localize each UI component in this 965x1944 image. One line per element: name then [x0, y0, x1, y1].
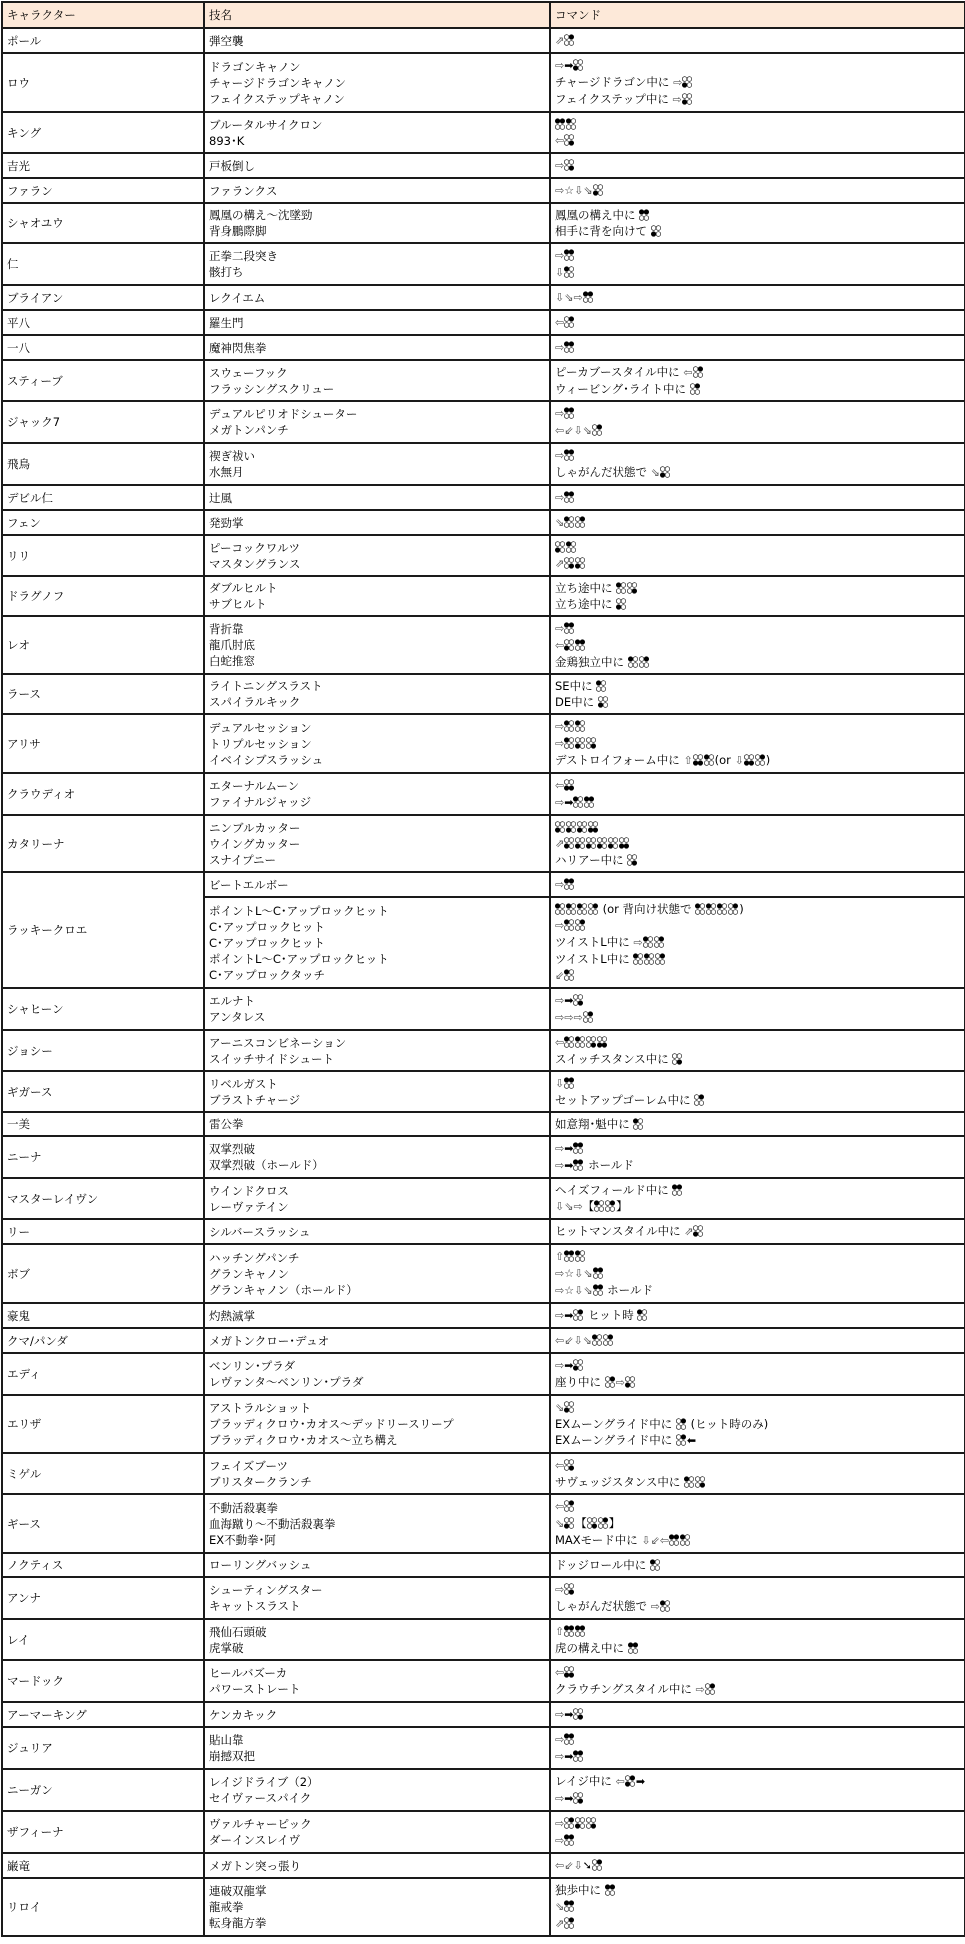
move-name: キャットスラスト — [209, 1598, 545, 1614]
button-icon — [651, 225, 661, 237]
direction-arrow-icon: ⇩ — [735, 754, 744, 767]
direction-arrow-icon: ⇩ — [555, 291, 564, 304]
button-icon — [564, 1583, 574, 1595]
move-cell: 魔神閃焦拳 — [204, 335, 550, 360]
direction-arrow-icon: ⇨ — [573, 1200, 582, 1213]
table-row: ドラグノフダブルヒルトサブヒルト立ち途中に 立ち途中に — [2, 576, 965, 616]
button-icon — [564, 557, 574, 569]
command-cell: ⇨➡⇨⇨⇨ — [550, 988, 965, 1030]
move-name: ケンカキック — [209, 1707, 545, 1723]
table-row: ジュリア貼山靠崩撼双把⇨⇨➡ — [2, 1727, 965, 1769]
button-icon — [605, 1200, 615, 1212]
table-row: フェン発勁掌⇘ — [2, 510, 965, 535]
command-line: ⇦ — [555, 132, 960, 149]
command-cell: 鳳凰の構え中に 相手に背を向けて — [550, 203, 965, 243]
command-line: ⇨ — [555, 247, 960, 264]
command-line: セットアップゴーレム中に — [555, 1092, 960, 1108]
button-icon — [573, 994, 583, 1006]
button-icon — [588, 903, 598, 915]
button-icon — [597, 837, 607, 849]
character-name: ニーガン — [2, 1769, 204, 1811]
command-cell: ⇨しゃがんだ状態で ⇘ — [550, 443, 965, 485]
header-move-name: 技名 — [204, 2, 550, 28]
direction-arrow-icon: ⇨ — [555, 720, 564, 733]
direction-arrow-icon: ⇦ — [555, 1859, 564, 1872]
move-name: アンタレス — [209, 1009, 545, 1025]
direction-arrow-icon: ⇨ — [555, 449, 564, 462]
button-icon — [564, 969, 574, 981]
move-name: ライトニングスラスト — [209, 678, 545, 694]
command-line: 座り中に ⇨ — [555, 1374, 960, 1391]
command-line: 独歩中に — [555, 1882, 960, 1898]
move-cell: ピーコックワルツマスタングランス — [204, 535, 550, 576]
command-cell: ⇨➡座り中に ⇨ — [550, 1353, 965, 1395]
header-character: キャラクター — [2, 2, 204, 28]
move-cell: デュアルセッショントリプルセッションイベイシブスラッシュ — [204, 714, 550, 773]
direction-arrow-icon: ⇦ — [616, 1775, 625, 1788]
button-icon — [573, 1142, 583, 1154]
button-icon — [564, 737, 574, 749]
command-line: チャージドラゴン中に ⇨ — [555, 74, 960, 91]
dash-arrow-icon: ⬅ — [687, 1434, 696, 1447]
command-line: ヒットマンスタイル中に ⇗ — [555, 1223, 960, 1240]
command-line: ⇨ — [555, 1581, 960, 1598]
command-cell: ⇧虎の構え中に — [550, 1619, 965, 1660]
character-name: アンナ — [2, 1577, 204, 1619]
direction-arrow-icon: ⇙ — [555, 969, 564, 982]
move-name: 背身鵬際脚 — [209, 223, 545, 239]
button-icon — [575, 1250, 585, 1262]
command-line: ⇦ — [555, 777, 960, 794]
direction-arrow-icon: ⇨ — [555, 341, 564, 354]
direction-arrow-icon: ⇨ — [696, 1683, 705, 1696]
table-row: ノクティスローリングバッシュドッジロール中に — [2, 1553, 965, 1577]
command-line: ヘイズフィールド中に — [555, 1182, 960, 1198]
button-icon — [625, 1775, 635, 1787]
move-name: ファランクス — [209, 183, 545, 199]
move-name: 辻風 — [209, 490, 545, 506]
direction-arrow-icon: ⇗ — [555, 1917, 564, 1930]
command-line: ⇨⇨⇨ — [555, 1009, 960, 1026]
command-cell: ⇨⇨ — [550, 1811, 965, 1853]
button-icon — [564, 1666, 574, 1678]
button-icon — [564, 622, 574, 634]
command-line: ⇨ — [555, 489, 960, 506]
character-name: ジュリア — [2, 1727, 204, 1769]
character-name: マスターレイヴン — [2, 1178, 204, 1219]
move-cell: 背折靠龍爪肘底白蛇推窓 — [204, 616, 550, 674]
move-cell: ヒールバズーカパワーストレート — [204, 1660, 550, 1702]
command-cell: ⇦⇨➡ — [550, 773, 965, 815]
button-icon — [592, 1859, 602, 1871]
button-icon — [597, 1036, 607, 1048]
button-icon — [755, 754, 765, 766]
button-icon — [592, 1334, 602, 1346]
button-icon — [564, 341, 574, 353]
command-line: SE中に — [555, 678, 960, 694]
move-cell: ドラゴンキャノンチャージドラゴンキャノンフェイクステップキャノン — [204, 53, 550, 112]
button-icon — [575, 737, 585, 749]
button-icon — [660, 1600, 670, 1612]
command-line: 虎の構え中に — [555, 1640, 960, 1656]
move-cell: ポイントL〜C･アップロックヒットC･アップロックヒットC･アップロックヒットポ… — [204, 897, 550, 988]
move-cell: ビートエルボー — [204, 872, 550, 897]
command-cell: レイジ中に ⇦➡⇨➡ — [550, 1769, 965, 1811]
button-icon — [655, 953, 665, 965]
move-name: EX不動拳･阿 — [209, 1532, 545, 1548]
direction-arrow-icon: ⇩ — [573, 424, 582, 437]
table-row: ラッキークロエビートエルボー⇨ — [2, 872, 965, 897]
move-name: 雷公拳 — [209, 1116, 545, 1132]
button-icon — [672, 1184, 682, 1196]
move-name: 白蛇推窓 — [209, 653, 545, 669]
button-icon — [555, 821, 565, 833]
move-cell: メガトン突っ張り — [204, 1853, 550, 1878]
table-row: ボブハッチングパンチグランキャノングランキャノン（ホールド）⇧⇨☆⇩⇘⇨☆⇩⇘ … — [2, 1244, 965, 1303]
direction-arrow-icon: ⇨ — [555, 737, 564, 750]
command-cell: ⇦ — [550, 112, 965, 153]
button-icon — [575, 837, 585, 849]
direction-arrow-icon: ⇨ — [555, 796, 564, 809]
command-cell: (or 背向け状態で )⇨ツイストL中に ⇨ツイストL中に ⇙ — [550, 897, 965, 988]
move-cell: 雷公拳 — [204, 1112, 550, 1136]
command-line: ⇘ — [555, 1399, 960, 1416]
character-name: キング — [2, 112, 204, 153]
move-name: 893･K — [209, 133, 545, 149]
command-cell: ⇦⇙⇩➘ — [550, 1853, 965, 1878]
move-name: 龍戒拳 — [209, 1899, 545, 1915]
button-icon — [573, 1309, 583, 1321]
command-line: ⇨➡ — [555, 1140, 960, 1157]
command-line: ⇨➡ — [555, 1357, 960, 1374]
button-icon — [564, 1500, 574, 1512]
direction-arrow-icon: ⇨ — [555, 1750, 564, 1763]
command-line: ⇨➡ — [555, 794, 960, 811]
header-row: キャラクター 技名 コマンド — [2, 2, 965, 28]
command-cell: ⇨ — [550, 872, 965, 897]
move-name: 飛仙石頭破 — [209, 1624, 545, 1640]
button-icon — [619, 837, 629, 849]
move-cell: エルナトアンタレス — [204, 988, 550, 1030]
button-icon — [564, 639, 574, 651]
command-cell: ドッジロール中に — [550, 1553, 965, 1577]
direction-arrow-icon: ⇨ — [555, 1817, 564, 1830]
command-line: ⇨☆⇩⇘ — [555, 182, 960, 199]
command-cell: 独歩中に ⇘⇗ — [550, 1878, 965, 1936]
button-icon — [564, 449, 574, 461]
character-name: 吉光 — [2, 153, 204, 178]
command-cell: ⇨⇦⇙⇩⇘ — [550, 401, 965, 443]
table-row: 平八羅生門⇦ — [2, 310, 965, 335]
command-line: ⇗ — [555, 32, 960, 49]
move-name: チャージドラゴンキャノン — [209, 75, 545, 91]
move-cell: メガトンクロー･デュオ — [204, 1328, 550, 1353]
move-name: リベルガスト — [209, 1076, 545, 1092]
character-name: ジャック7 — [2, 401, 204, 443]
command-line — [555, 539, 960, 555]
move-name: ハッチングパンチ — [209, 1250, 545, 1266]
command-cell: ⇦⇘【】MAXモード中に ⇩⇙⇦ — [550, 1494, 965, 1553]
button-icon — [564, 1250, 574, 1262]
direction-arrow-icon: ⇨ — [555, 1359, 564, 1372]
move-cell: スウェーフックフラッシングスクリュー — [204, 360, 550, 401]
move-name: エルナト — [209, 993, 545, 1009]
character-name: レオ — [2, 616, 204, 674]
table-row: アンナシューティングスターキャットスラスト⇨しゃがんだ状態で ⇨ — [2, 1577, 965, 1619]
button-icon — [564, 1625, 574, 1637]
command-line: ⇦ — [555, 1034, 960, 1051]
move-cell: 戸板倒し — [204, 153, 550, 178]
command-cell: ⇩⇘⇨ — [550, 285, 965, 310]
command-line: ⇧ — [555, 1623, 960, 1640]
direction-arrow-icon: ⇘ — [555, 1517, 564, 1530]
command-line: ツイストL中に — [555, 951, 960, 967]
command-line: ウィービング･ライト中に — [555, 381, 960, 397]
direction-arrow-icon: ⇨ — [555, 622, 564, 635]
command-cell: ⇨➡ ヒット時 — [550, 1303, 965, 1328]
direction-arrow-icon: ⇩ — [641, 1534, 650, 1547]
table-row: ロウドラゴンキャノンチャージドラゴンキャノンフェイクステップキャノン⇨➡チャージ… — [2, 53, 965, 112]
command-line: ⇦ — [555, 314, 960, 331]
move-name: 不動活殺裏拳 — [209, 1500, 545, 1516]
button-icon — [693, 366, 703, 378]
command-line: ハリアー中に — [555, 852, 960, 868]
table-row: 巌竜メガトン突っ張り⇦⇙⇩➘ — [2, 1853, 965, 1878]
command-line: ⇨➡ — [555, 1790, 960, 1807]
table-row: マードックヒールバズーカパワーストレート⇦クラウチングスタイル中に ⇨ — [2, 1660, 965, 1702]
direction-arrow-icon: ⇩ — [574, 184, 583, 197]
move-cell: 発勁掌 — [204, 510, 550, 535]
button-icon — [694, 1094, 704, 1106]
direction-arrow-icon: ⇨ — [673, 76, 682, 89]
command-cell: 立ち途中に 立ち途中に — [550, 576, 965, 616]
button-icon — [564, 1733, 574, 1745]
move-name: 背折靠 — [209, 621, 545, 637]
button-icon — [660, 466, 670, 478]
button-icon — [564, 720, 574, 732]
dash-arrow-icon: ➡ — [564, 994, 573, 1007]
move-cell: アーニスコンビネーションスイッチサイドシュート — [204, 1030, 550, 1071]
direction-arrow-icon: ⇨ — [633, 936, 642, 949]
direction-arrow-icon: ⇨ — [555, 1284, 564, 1297]
button-icon — [583, 291, 593, 303]
command-line: ⇗ — [555, 555, 960, 572]
command-line: ⇦ — [555, 637, 960, 654]
button-icon — [593, 1267, 603, 1279]
direction-arrow-icon: ⇨ — [555, 59, 564, 72]
button-icon — [564, 491, 574, 503]
command-cell: ⇨しゃがんだ状態で ⇨ — [550, 1577, 965, 1619]
command-line: 立ち途中に — [555, 596, 960, 612]
move-name: レーヴァテイン — [209, 1199, 545, 1215]
command-line: ⇨➡ ヒット時 — [555, 1307, 960, 1324]
button-icon — [627, 854, 637, 866]
button-icon — [555, 903, 565, 915]
character-name: ザフィーナ — [2, 1811, 204, 1853]
direction-arrow-icon: ⇨ — [555, 994, 564, 1007]
button-icon — [566, 903, 576, 915]
command-line: スイッチスタンス中に — [555, 1051, 960, 1067]
move-name: C･アップロックヒット — [209, 935, 545, 951]
direction-arrow-icon: ⇨ — [573, 291, 582, 304]
move-cell: ブルータルサイクロン893･K — [204, 112, 550, 153]
button-icon — [682, 76, 692, 88]
direction-arrow-icon: ⇨ — [555, 1733, 564, 1746]
table-row: アーマーキングケンカキック⇨➡ — [2, 1702, 965, 1727]
move-name: 龍爪肘底 — [209, 637, 545, 653]
button-icon — [586, 737, 596, 749]
button-icon — [695, 1476, 705, 1488]
button-icon — [633, 953, 643, 965]
move-name: スウェーフック — [209, 365, 545, 381]
move-name: ヒールバズーカ — [209, 1665, 545, 1681]
command-line: ⇨ — [555, 405, 960, 422]
move-cell: 弾空襲 — [204, 28, 550, 53]
command-line: 立ち途中に — [555, 580, 960, 596]
button-icon — [584, 796, 594, 808]
direction-arrow-icon: ⇨ — [555, 249, 564, 262]
move-cell: 連破双龍掌龍戒拳転身龍方拳 — [204, 1878, 550, 1936]
direction-arrow-icon: ⇘ — [555, 516, 564, 529]
button-icon — [575, 1817, 585, 1829]
command-line: ⇨ — [555, 876, 960, 893]
direction-arrow-icon: ⇦ — [555, 1459, 564, 1472]
move-name: ローリングバッシュ — [209, 1557, 545, 1573]
character-name: シャオユウ — [2, 203, 204, 243]
command-cell: ⇨➡チャージドラゴン中に ⇨フェイクステップ中に ⇨ — [550, 53, 965, 112]
button-icon — [706, 903, 716, 915]
table-row: ラースライトニングスラストスパイラルキックSE中に DE中に — [2, 674, 965, 714]
button-icon — [690, 383, 700, 395]
command-line: ⇩ — [555, 264, 960, 281]
button-icon — [564, 34, 574, 46]
move-name: ブルータルサイクロン — [209, 117, 545, 133]
command-line: ⇨ — [555, 447, 960, 464]
move-name: メガトンパンチ — [209, 422, 545, 438]
button-icon — [625, 1376, 635, 1388]
direction-arrow-icon: ⇨ — [673, 93, 682, 106]
move-name: 虎掌破 — [209, 1640, 545, 1656]
command-cell: ⇘EXムーングライド中に (ヒット時のみ)EXムーングライド中に ⬅ — [550, 1395, 965, 1453]
character-name: デビル仁 — [2, 485, 204, 510]
move-name: ニンブルカッター — [209, 820, 545, 836]
move-name: デュアルピリオドシューター — [209, 406, 545, 422]
move-name: レヴァンタ〜ベンリン･プラダ — [209, 1374, 545, 1390]
table-row: ポール弾空襲⇗ — [2, 28, 965, 53]
direction-arrow-icon: ⇨ — [555, 1708, 564, 1721]
button-icon — [693, 1225, 703, 1237]
direction-arrow-icon: ⇦ — [555, 1500, 564, 1513]
button-icon — [564, 266, 574, 278]
character-name: ギガース — [2, 1071, 204, 1112]
command-line: ⇦⇙⇩⇘ — [555, 1332, 960, 1349]
button-icon — [575, 1625, 585, 1637]
move-name: 血海蹴り〜不動活殺裏拳 — [209, 1516, 545, 1532]
command-line: ツイストL中に ⇨ — [555, 934, 960, 951]
move-name: ブラッディクロウ･カオス〜立ち構え — [209, 1432, 545, 1448]
command-line: 鳳凰の構え中に — [555, 207, 960, 223]
move-name: 戸板倒し — [209, 158, 545, 174]
button-icon — [564, 516, 574, 528]
command-line: ⇩ — [555, 1075, 960, 1092]
button-icon — [566, 118, 576, 130]
move-name: スイッチサイドシュート — [209, 1051, 545, 1067]
direction-arrow-icon: ⇦ — [660, 1534, 669, 1547]
direction-arrow-icon: ⇧ — [683, 754, 692, 767]
button-icon — [586, 1817, 596, 1829]
button-icon — [639, 656, 649, 668]
button-icon — [575, 516, 585, 528]
button-icon — [583, 1011, 593, 1023]
button-icon — [564, 316, 574, 328]
character-name: スティーブ — [2, 360, 204, 401]
button-icon — [717, 903, 727, 915]
button-icon — [592, 424, 602, 436]
button-icon — [564, 1917, 574, 1929]
command-cell: ⇨ — [550, 335, 965, 360]
command-line: 金鶏独立中に — [555, 654, 960, 670]
direction-arrow-icon: ⇨ — [555, 1792, 564, 1805]
table-row: キングブルータルサイクロン893･K⇦ — [2, 112, 965, 153]
direction-arrow-icon: ⇘ — [583, 424, 592, 437]
move-name: レクイエム — [209, 290, 545, 306]
table-row: ミゲルフェイズブーツブリスタークランチ⇦サヴェッジスタンス中に — [2, 1453, 965, 1494]
command-line: ⇨➡ — [555, 1748, 960, 1765]
button-icon — [577, 821, 587, 833]
direction-arrow-icon: ⇘ — [555, 1401, 564, 1414]
character-name: エディ — [2, 1353, 204, 1395]
direction-arrow-icon: ⇨ — [555, 1267, 564, 1280]
direction-arrow-icon: ⇨ — [555, 919, 564, 932]
dash-arrow-icon: ➡ — [564, 1309, 573, 1322]
command-cell: ピーカブースタイル中に ⇦ウィービング･ライト中に — [550, 360, 965, 401]
button-icon — [672, 1053, 682, 1065]
table-row: マスターレイヴンウインドクロスレーヴァテインヘイズフィールド中に ⇩⇘⇨【】 — [2, 1178, 965, 1219]
command-cell: ⇨⇨デストロイフォーム中に ⇧(or ⇩) — [550, 714, 965, 773]
move-name: 貼山靠 — [209, 1732, 545, 1748]
move-name: メガトン突っ張り — [209, 1858, 545, 1874]
direction-arrow-icon: ⇨ — [651, 1600, 660, 1613]
command-line: しゃがんだ状態で ⇘ — [555, 464, 960, 481]
command-line: EXムーングライド中に (ヒット時のみ) — [555, 1416, 960, 1432]
character-name: アリサ — [2, 714, 204, 773]
direction-arrow-icon: ⇗ — [555, 557, 564, 570]
button-icon — [695, 903, 705, 915]
move-name: C･アップロックタッチ — [209, 967, 545, 983]
command-line: (or 背向け状態で ) — [555, 901, 960, 917]
move-cell: 禊ぎ祓い水無月 — [204, 443, 550, 485]
table-row: エリザアストラルショットブラッディクロウ･カオス〜デッドリースリープブラッディク… — [2, 1395, 965, 1453]
button-icon — [598, 1517, 608, 1529]
command-cell: ヒットマンスタイル中に ⇗ — [550, 1219, 965, 1244]
dash-arrow-icon: ➡ — [564, 59, 573, 72]
move-cell: 貼山靠崩撼双把 — [204, 1727, 550, 1769]
dash-arrow-icon: ➡ — [636, 1775, 645, 1788]
move-cell: 鳳凰の構え〜沈墜勁背身鵬際脚 — [204, 203, 550, 243]
character-name: ラース — [2, 674, 204, 714]
move-cell: 羅生門 — [204, 310, 550, 335]
move-cell: ローリングバッシュ — [204, 1553, 550, 1577]
button-icon — [605, 1884, 615, 1896]
command-line: ⇨ — [555, 1832, 960, 1849]
button-icon — [628, 1642, 638, 1654]
move-cell: ダブルヒルトサブヒルト — [204, 576, 550, 616]
button-icon — [564, 919, 574, 931]
command-cell: ⇦クラウチングスタイル中に ⇨ — [550, 1660, 965, 1702]
move-name: 弾空襲 — [209, 33, 545, 49]
move-name: フェイズブーツ — [209, 1458, 545, 1474]
character-name: リリ — [2, 535, 204, 576]
